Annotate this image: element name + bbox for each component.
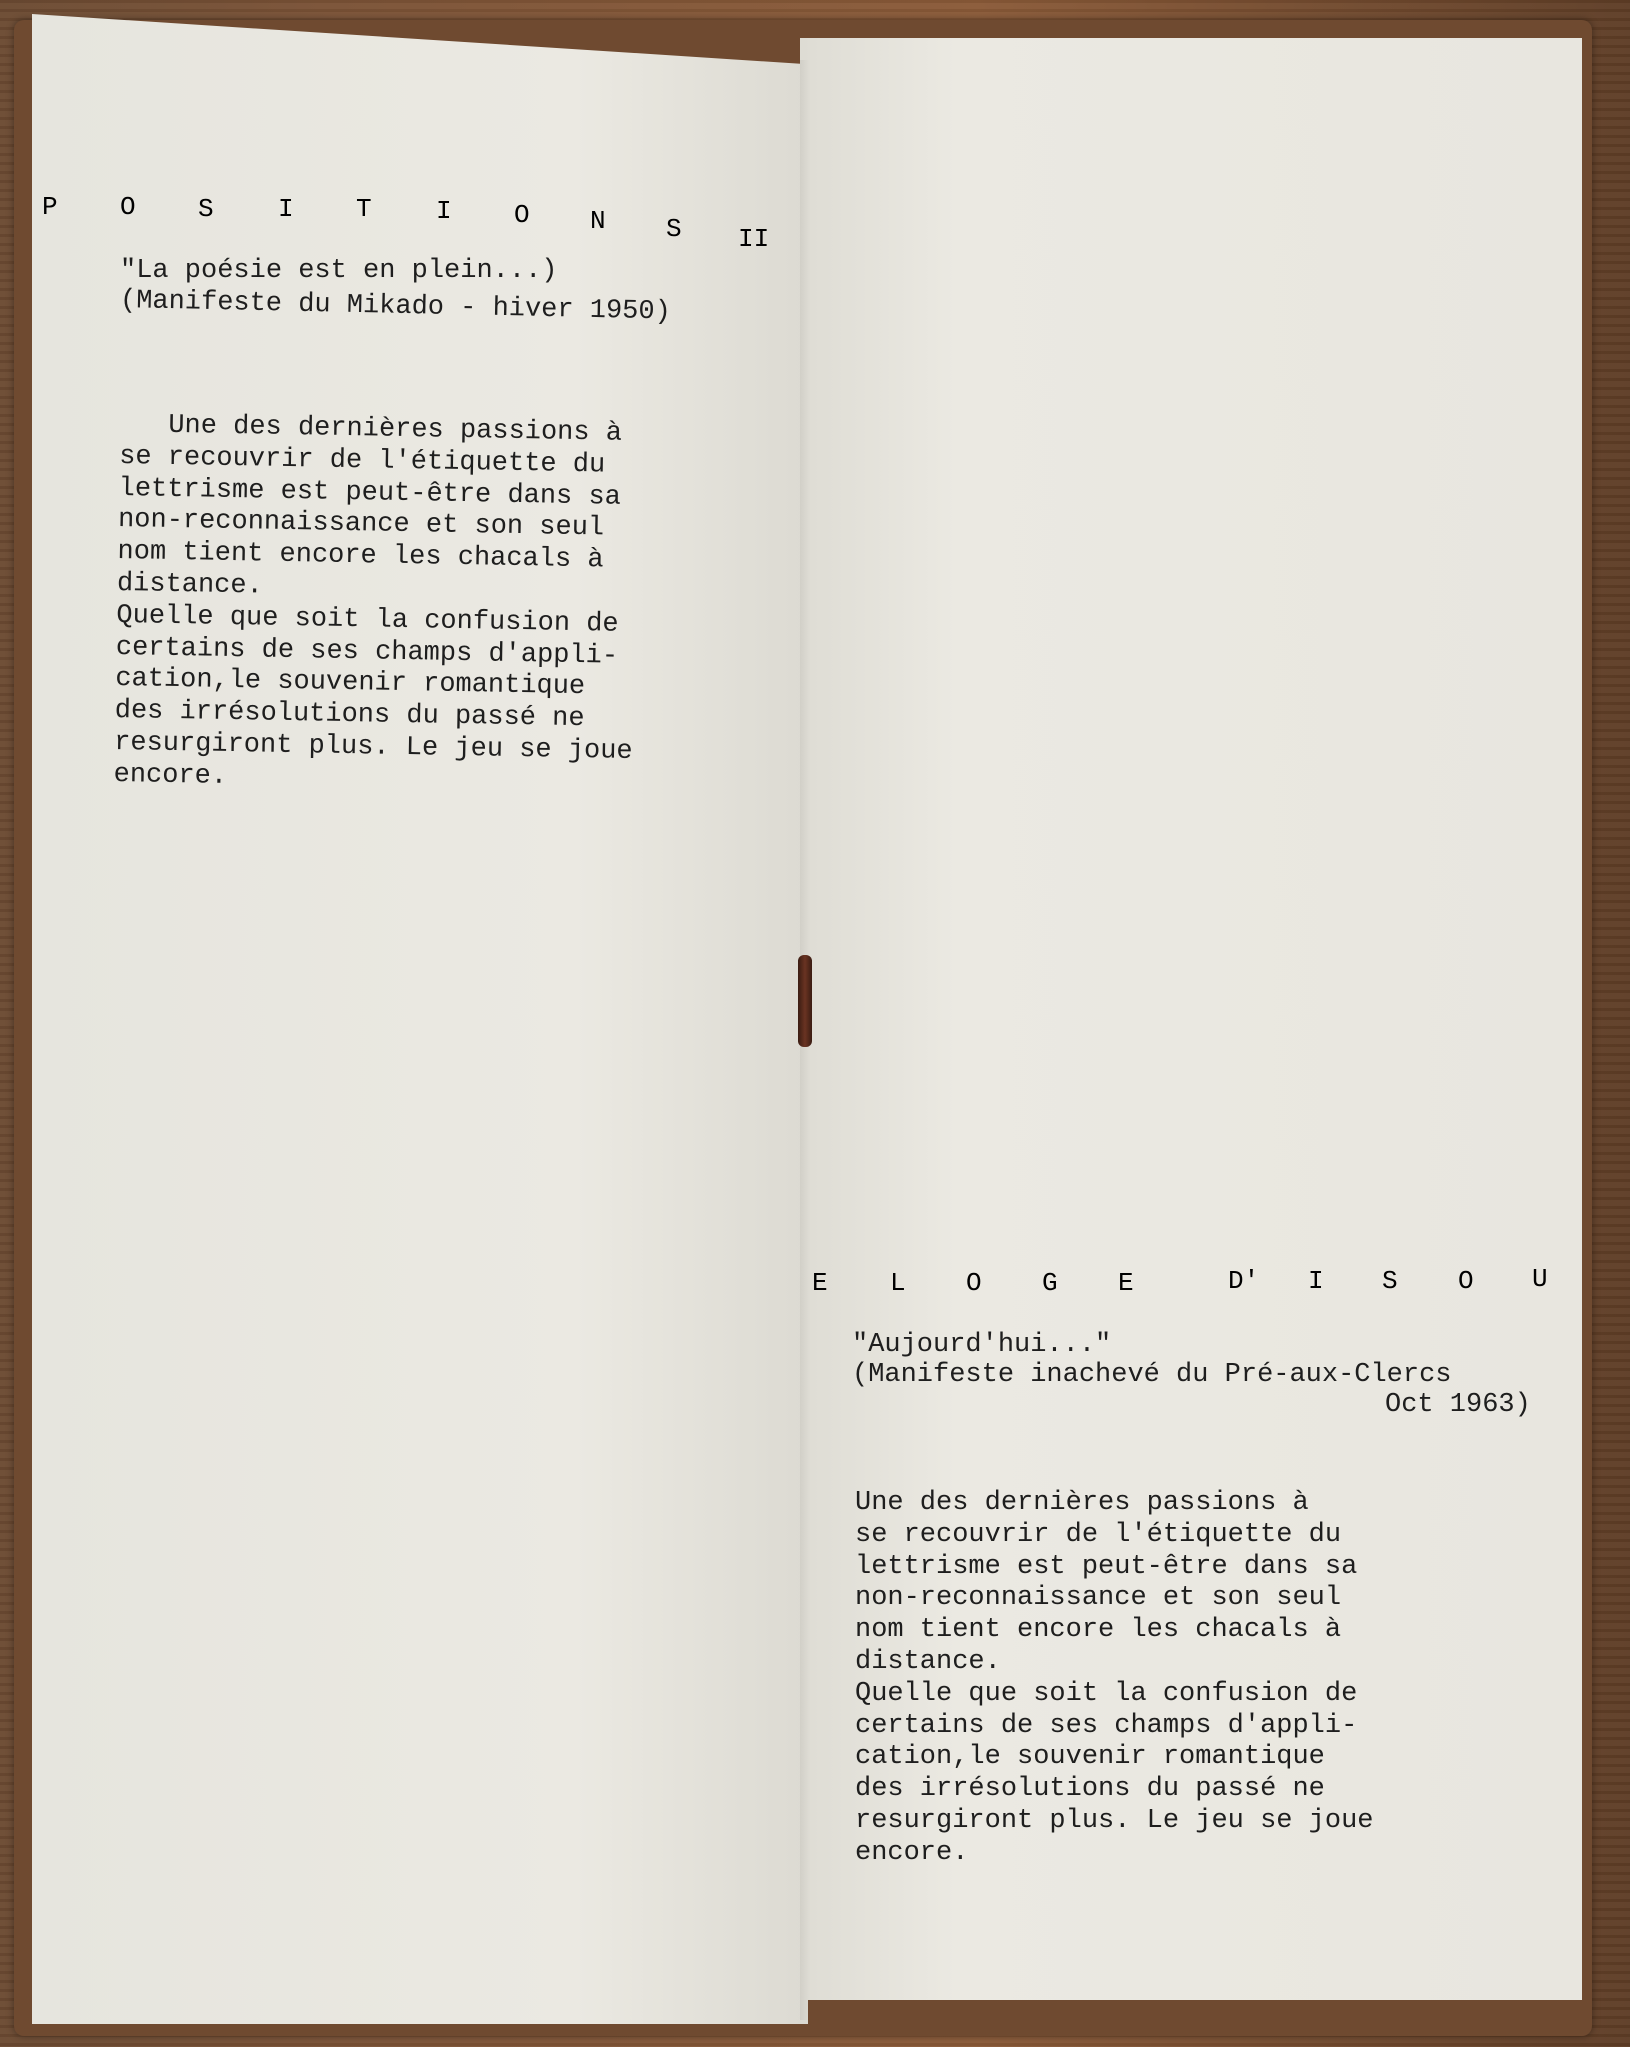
right-epigraph-quote: "Aujourd'hui..." <box>852 1330 1111 1360</box>
title-letter: D' <box>1228 1266 1259 1296</box>
body-line: des irrésolutions du passé ne <box>855 1774 1325 1805</box>
body-line: non-reconnaissance et son seul <box>855 1583 1341 1614</box>
body-line: encore. <box>113 760 227 793</box>
body-line: resurgiront plus. Le jeu se joue <box>855 1806 1373 1837</box>
left-epigraph-quote: "La poésie est en plein...) <box>120 256 557 286</box>
body-line: lettrisme est peut-être dans sa <box>855 1552 1357 1583</box>
title-letter: O <box>514 200 530 230</box>
body-line: Une des dernières passions à <box>855 1488 1309 1519</box>
title-letter: P <box>42 192 58 222</box>
title-letter: I <box>278 194 294 224</box>
body-line: encore. <box>855 1838 968 1869</box>
body-line: distance. <box>855 1647 1001 1678</box>
title-letter: G <box>1042 1268 1058 1298</box>
title-letter: E <box>812 1268 828 1298</box>
title-letter: S <box>666 214 682 244</box>
body-line: se recouvrir de l'étiquette du <box>855 1520 1341 1551</box>
body-line: nom tient encore les chacals à <box>855 1615 1341 1646</box>
body-line: distance. <box>117 569 263 603</box>
title-letter: II <box>738 224 769 254</box>
title-letter: U <box>1532 1264 1548 1294</box>
body-line: Quelle que soit la confusion de <box>855 1679 1357 1710</box>
title-letter: S <box>198 194 214 224</box>
title-letter: N <box>590 206 606 236</box>
staple-icon <box>798 955 812 1047</box>
title-letter: E <box>1118 1268 1134 1298</box>
title-letter: O <box>120 192 136 222</box>
title-letter: L <box>890 1268 906 1298</box>
title-letter: S <box>1382 1266 1398 1296</box>
title-letter: O <box>966 1268 982 1298</box>
title-letter: O <box>1458 1266 1474 1296</box>
title-letter: I <box>436 196 452 226</box>
title-letter: T <box>356 194 372 224</box>
body-line: cation,le souvenir romantique <box>855 1742 1325 1773</box>
right-epigraph-date: Oct 1963) <box>1385 1390 1531 1420</box>
body-line: certains de ses champs d'appli- <box>855 1711 1357 1742</box>
title-letter: I <box>1308 1266 1324 1296</box>
right-epigraph-source: (Manifeste inachevé du Pré-aux-Clercs <box>852 1360 1452 1390</box>
